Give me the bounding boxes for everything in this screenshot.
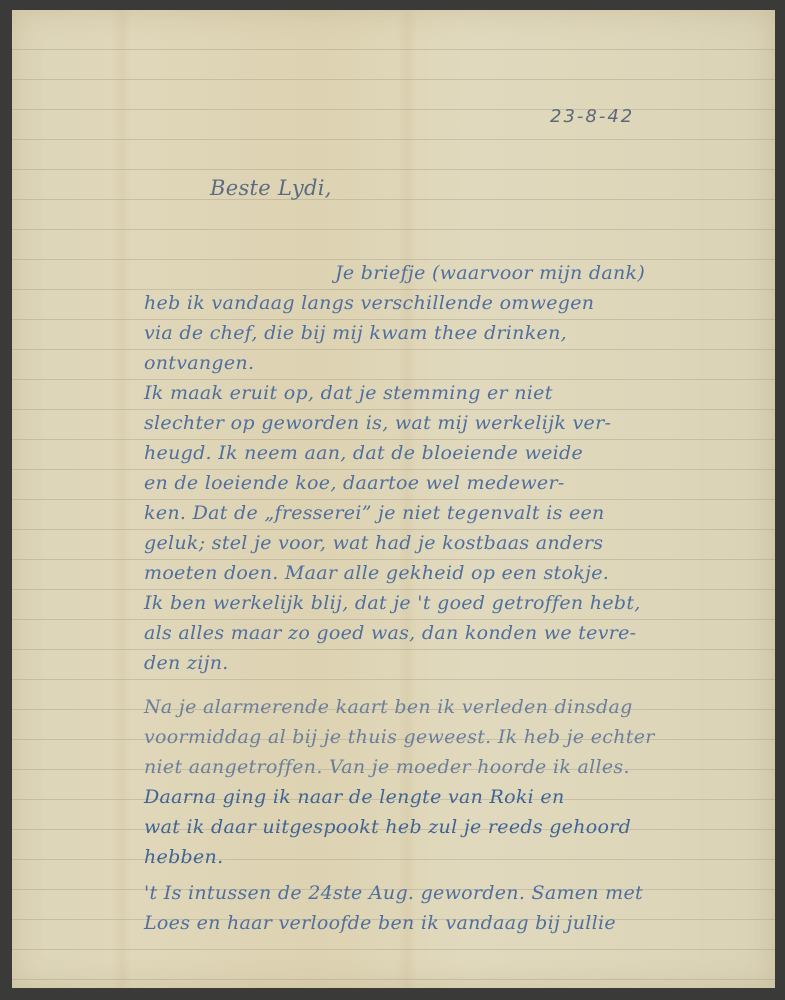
letter-line: Loes en haar verloofde ben ik vandaag bi… bbox=[144, 914, 616, 933]
letter-line: den zijn. bbox=[144, 654, 229, 673]
letter-line: hebben. bbox=[144, 848, 223, 867]
letter-line: als alles maar zo goed was, dan konden w… bbox=[144, 624, 636, 643]
letter-line: slechter op geworden is, wat mij werkeli… bbox=[144, 414, 611, 433]
letter-line: heugd. Ik neem aan, dat de bloeiende wei… bbox=[144, 444, 583, 463]
letter-greeting: Beste Lydi, bbox=[210, 178, 332, 199]
ruled-lines bbox=[12, 10, 775, 988]
letter-date: 23-8-42 bbox=[550, 108, 634, 126]
letter-line: Na je alarmerende kaart ben ik verleden … bbox=[144, 698, 633, 717]
letter-line: wat ik daar uitgespookt heb zul je reeds… bbox=[144, 818, 631, 837]
paper-fold bbox=[112, 10, 132, 988]
paper-fold bbox=[397, 10, 417, 988]
letter-line: via de chef, die bij mij kwam thee drink… bbox=[144, 324, 567, 343]
letter-line: Ik ben werkelijk blij, dat je 't goed ge… bbox=[144, 594, 641, 613]
letter-line: moeten doen. Maar alle gekheid op een st… bbox=[144, 564, 609, 583]
letter-line: ken. Dat de „fresserei” je niet tegenval… bbox=[144, 504, 605, 523]
scan-frame: 23-8-42 Beste Lydi, Je briefje (waarvoor… bbox=[0, 0, 785, 1000]
letter-line: geluk; stel je voor, wat had je kostbaas… bbox=[144, 534, 603, 553]
letter-line: Daarna ging ik naar de lengte van Roki e… bbox=[144, 788, 564, 807]
letter-line: voormiddag al bij je thuis geweest. Ik h… bbox=[144, 728, 655, 747]
letter-line: en de loeiende koe, daartoe wel medewer- bbox=[144, 474, 565, 493]
letter-paper: 23-8-42 Beste Lydi, Je briefje (waarvoor… bbox=[12, 10, 775, 988]
letter-line: niet aangetroffen. Van je moeder hoorde … bbox=[144, 758, 630, 777]
letter-line: heb ik vandaag langs verschillende omweg… bbox=[144, 294, 594, 313]
letter-line: ontvangen. bbox=[144, 354, 254, 373]
letter-line: Ik maak eruit op, dat je stemming er nie… bbox=[144, 384, 553, 403]
letter-line: Je briefje (waarvoor mijn dank) bbox=[335, 264, 645, 283]
letter-line: 't Is intussen de 24ste Aug. geworden. S… bbox=[144, 884, 643, 903]
